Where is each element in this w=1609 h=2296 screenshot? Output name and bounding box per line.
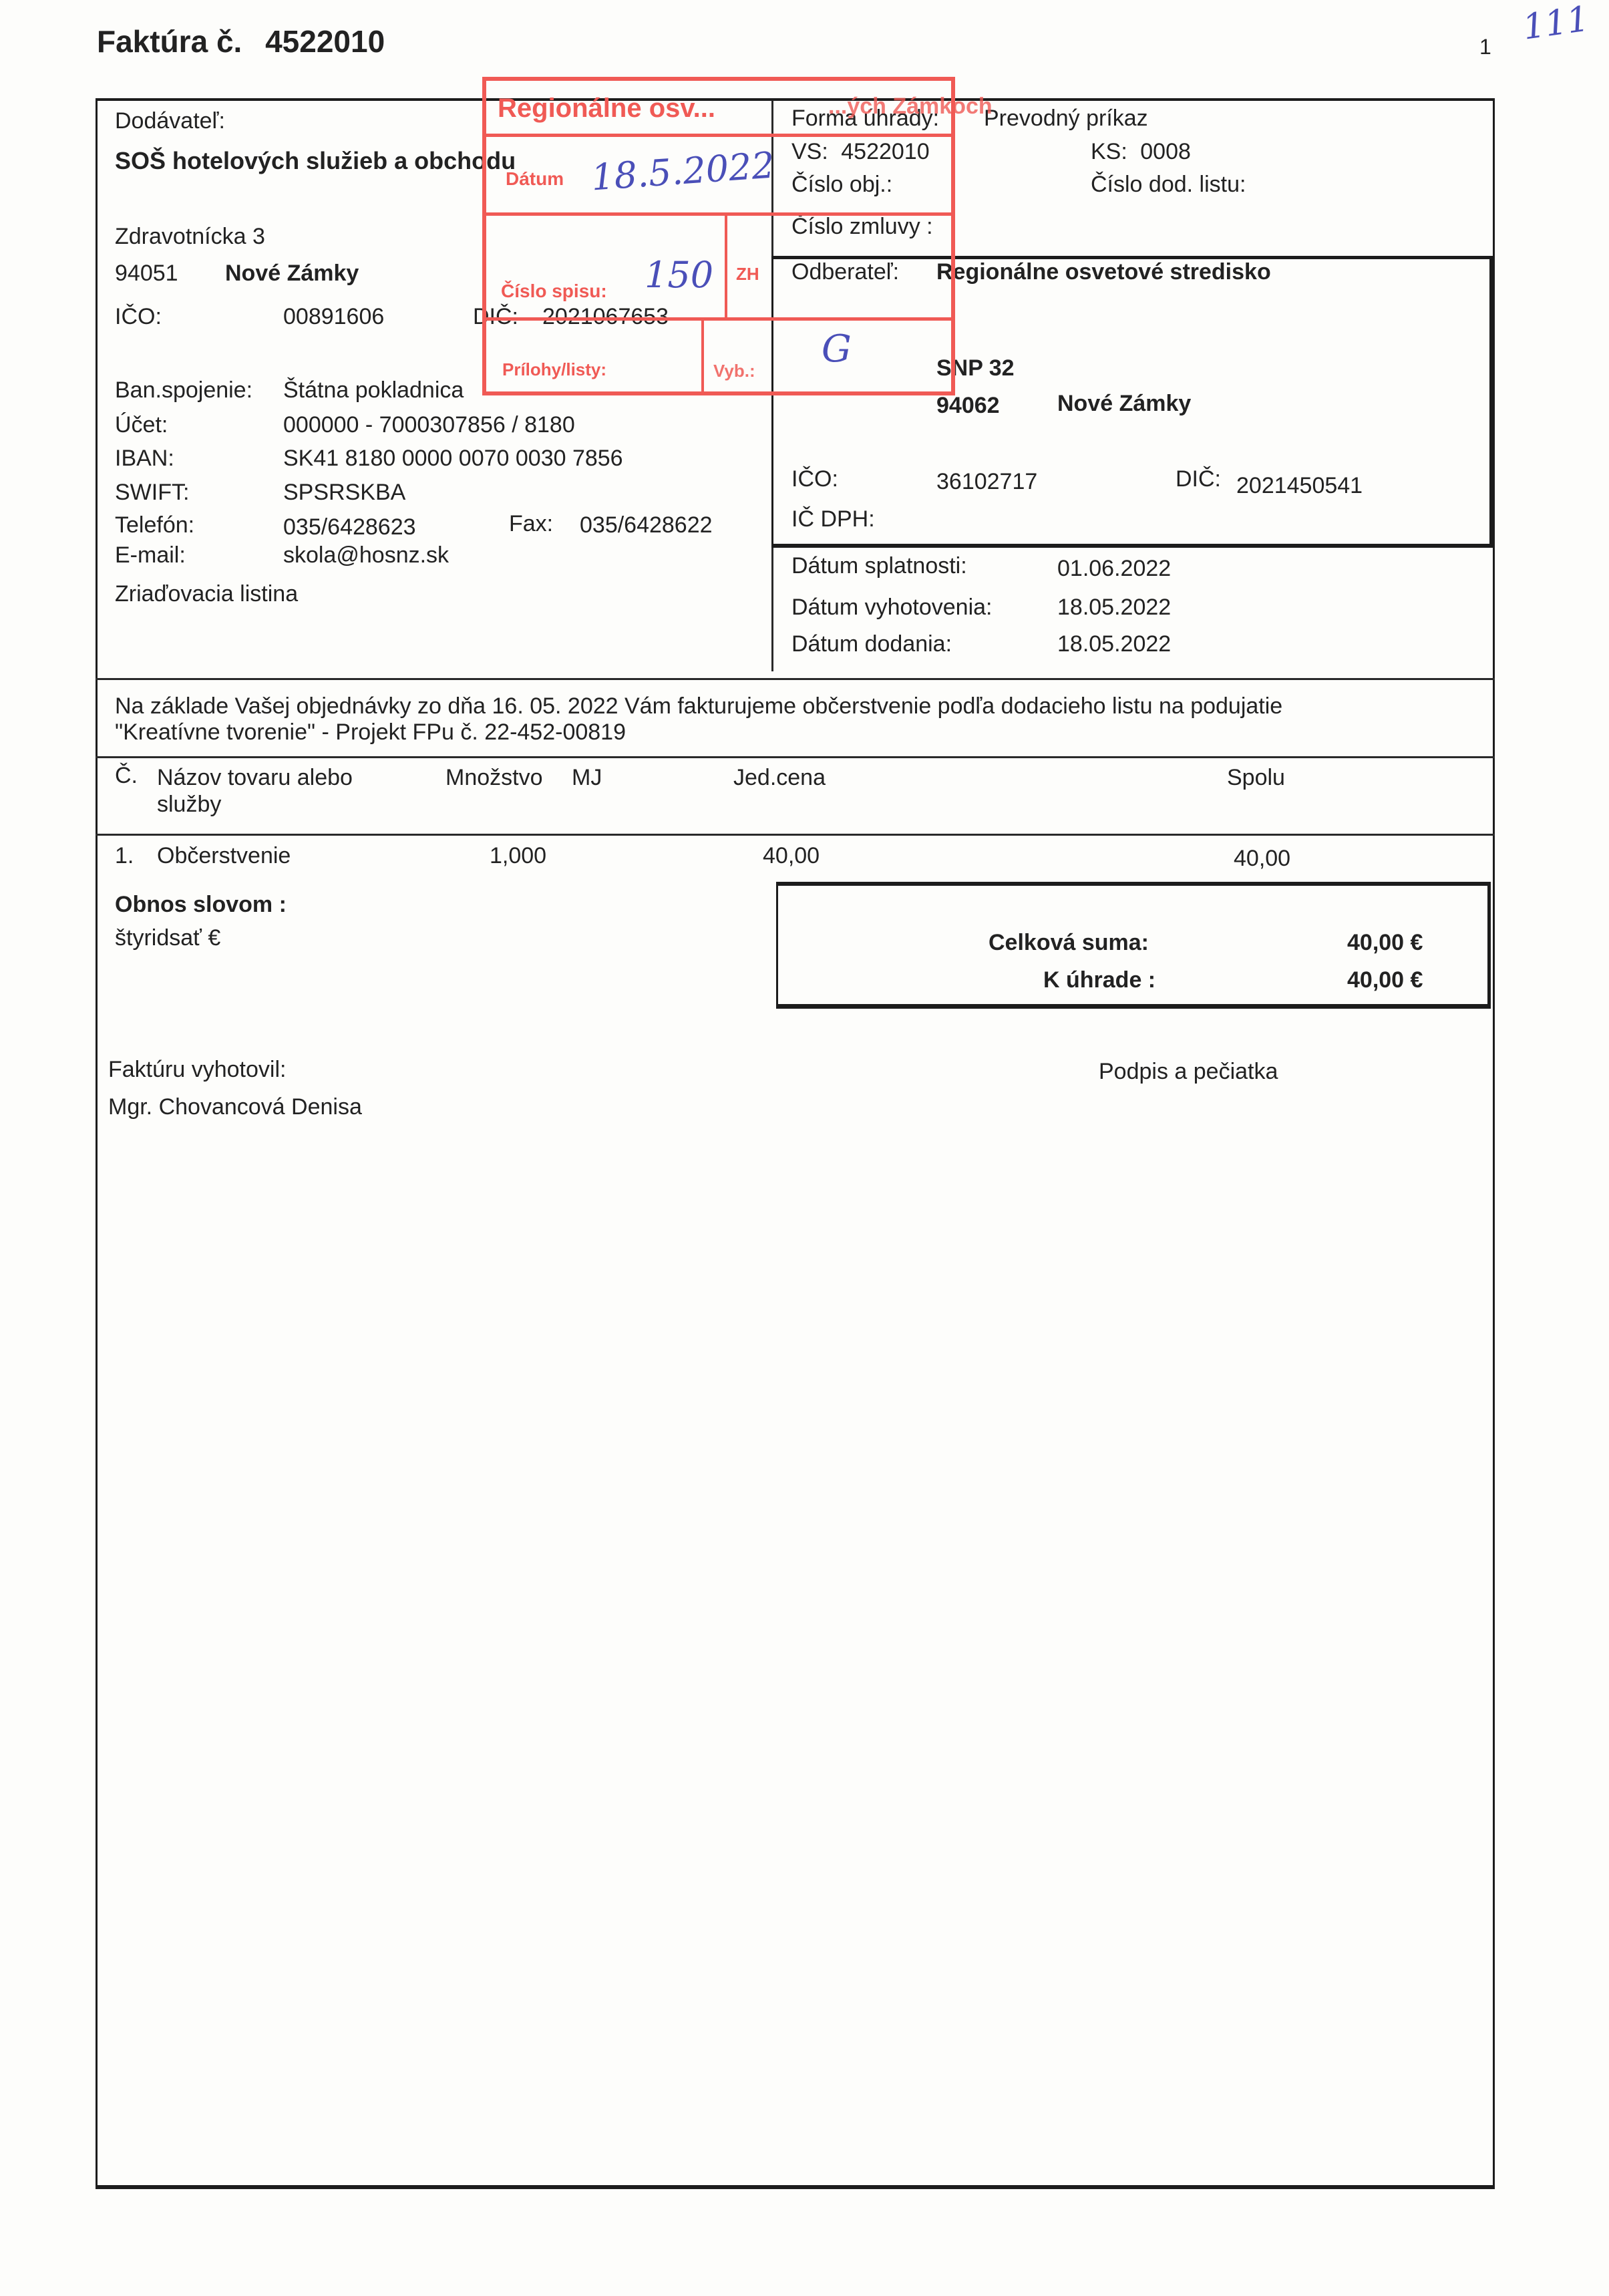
- amount-due-label: K úhrade :: [1043, 967, 1155, 993]
- row-total: 40,00: [1234, 846, 1290, 872]
- ks-field: KS: 0008: [1091, 139, 1191, 165]
- amount-words-value: štyridsať €: [115, 925, 220, 951]
- stamp-handled-handwritten: G: [822, 327, 852, 371]
- supplier-name: SOŠ hotelových služieb a obchodu: [115, 147, 516, 175]
- invoice-title-label: Faktúra č.: [97, 24, 242, 59]
- total-sum-label: Celková suma:: [989, 930, 1149, 956]
- stamp-rule: [482, 212, 955, 216]
- swift-label: SWIFT:: [115, 480, 189, 506]
- invoice-number: 4522010: [265, 24, 385, 59]
- stamp-date-label: Dátum: [506, 168, 564, 190]
- stamp-org-name-right: ...ých Zámkoch: [828, 94, 993, 120]
- description-line-1: Na základe Vašej objednávky zo dňa 16. 0…: [115, 693, 1282, 719]
- col-header-name-2: služby: [157, 792, 221, 818]
- fax-value: 035/6428622: [580, 512, 713, 538]
- total-sum-value: 40,00 €: [1347, 930, 1423, 956]
- supplier-zip: 94051: [115, 261, 178, 287]
- description-line-2: "Kreatívne tvorenie" - Projekt FPu č. 22…: [115, 719, 626, 746]
- customer-dic-label: DIČ:: [1176, 466, 1221, 492]
- stamp-rule: [725, 212, 727, 319]
- col-header-no: Č.: [115, 763, 138, 789]
- bank-label: Ban.spojenie:: [115, 377, 252, 403]
- issue-date: 18.05.2022: [1057, 595, 1171, 621]
- supplier-ico-label: IČO:: [115, 304, 162, 330]
- payment-method: Prevodný príkaz: [984, 106, 1148, 132]
- stamp-rule: [482, 317, 955, 321]
- amount-due-value: 40,00 €: [1347, 967, 1423, 993]
- handwritten-page-mark: 111: [1520, 0, 1592, 48]
- stamp-handled-label: Vyb.:: [713, 361, 755, 381]
- col-header-unit: MJ: [572, 765, 602, 791]
- customer-name: Regionálne osvetové stredisko: [936, 259, 1271, 285]
- stamp-side-mark: ZH: [736, 264, 759, 285]
- supplier-label: Dodávateľ:: [115, 108, 225, 134]
- supplier-city: Nové Zámky: [225, 261, 359, 287]
- bank-name: Štátna pokladnica: [283, 377, 464, 403]
- due-date: 01.06.2022: [1057, 556, 1171, 582]
- issue-date-label: Dátum vyhotovenia:: [791, 595, 993, 621]
- ks-label: KS:: [1091, 139, 1127, 164]
- email-label: E-mail:: [115, 542, 186, 568]
- delivery-date: 18.05.2022: [1057, 631, 1171, 657]
- divider-table-header: [96, 756, 1495, 758]
- supplier-street: Zdravotnícka 3: [115, 224, 265, 250]
- delivery-date-label: Dátum dodania:: [791, 631, 952, 657]
- phone-label: Telefón:: [115, 512, 194, 538]
- customer-city: Nové Zámky: [1057, 391, 1191, 417]
- account-label: Účet:: [115, 412, 168, 438]
- swift-value: SPSRSKBA: [283, 480, 405, 506]
- phone-value: 035/6428623: [283, 514, 416, 540]
- row-unit-price: 40,00: [763, 843, 820, 869]
- registration-note: Zriaďovacia listina: [115, 581, 298, 607]
- stamp-org-name: Regionálne osv...: [498, 94, 715, 124]
- row-no: 1.: [115, 843, 134, 869]
- email-value: skola@hosnz.sk: [283, 542, 449, 568]
- row-qty: 1,000: [490, 843, 546, 869]
- customer-ico: 36102717: [936, 469, 1037, 495]
- amount-words-label: Obnos slovom :: [115, 892, 287, 918]
- ks-value: 0008: [1140, 139, 1191, 164]
- col-header-total: Spolu: [1227, 765, 1285, 791]
- stamp-outline: [482, 77, 955, 395]
- divider-table-body: [96, 834, 1495, 836]
- signature-label: Podpis a pečiatka: [1099, 1059, 1278, 1085]
- col-header-name: Názov tovaru alebo: [157, 765, 353, 791]
- delivery-note-label: Číslo dod. listu:: [1091, 172, 1246, 198]
- stamp-attachments-label: Prílohy/listy:: [502, 359, 606, 380]
- stamp-rule: [482, 134, 955, 137]
- customer-icdph-label: IČ DPH:: [791, 506, 875, 532]
- due-date-label: Dátum splatnosti:: [791, 553, 967, 579]
- col-header-qty: Množstvo: [445, 765, 543, 791]
- customer-zip: 94062: [936, 393, 1000, 419]
- stamp-file-no-handwritten: 150: [645, 254, 713, 296]
- fax-label: Fax:: [509, 511, 553, 537]
- issued-by-name: Mgr. Chovancová Denisa: [108, 1094, 362, 1120]
- row-name: Občerstvenie: [157, 843, 291, 869]
- customer-dic: 2021450541: [1236, 473, 1363, 499]
- page-number: 1: [1479, 35, 1491, 59]
- customer-ico-label: IČO:: [791, 466, 838, 492]
- iban-value: SK41 8180 0000 0070 0030 7856: [283, 446, 623, 472]
- invoice-title: Faktúra č. 4522010: [97, 23, 385, 59]
- supplier-ico: 00891606: [283, 304, 384, 330]
- col-header-unit-price: Jed.cena: [733, 765, 826, 791]
- iban-label: IBAN:: [115, 446, 174, 472]
- stamp-file-no-label: Číslo spisu:: [501, 281, 607, 302]
- account-number: 000000 - 7000307856 / 8180: [283, 412, 575, 438]
- stamp-rule: [701, 317, 704, 395]
- divider-description: [96, 678, 1495, 680]
- issued-by-label: Faktúru vyhotovil:: [108, 1057, 286, 1083]
